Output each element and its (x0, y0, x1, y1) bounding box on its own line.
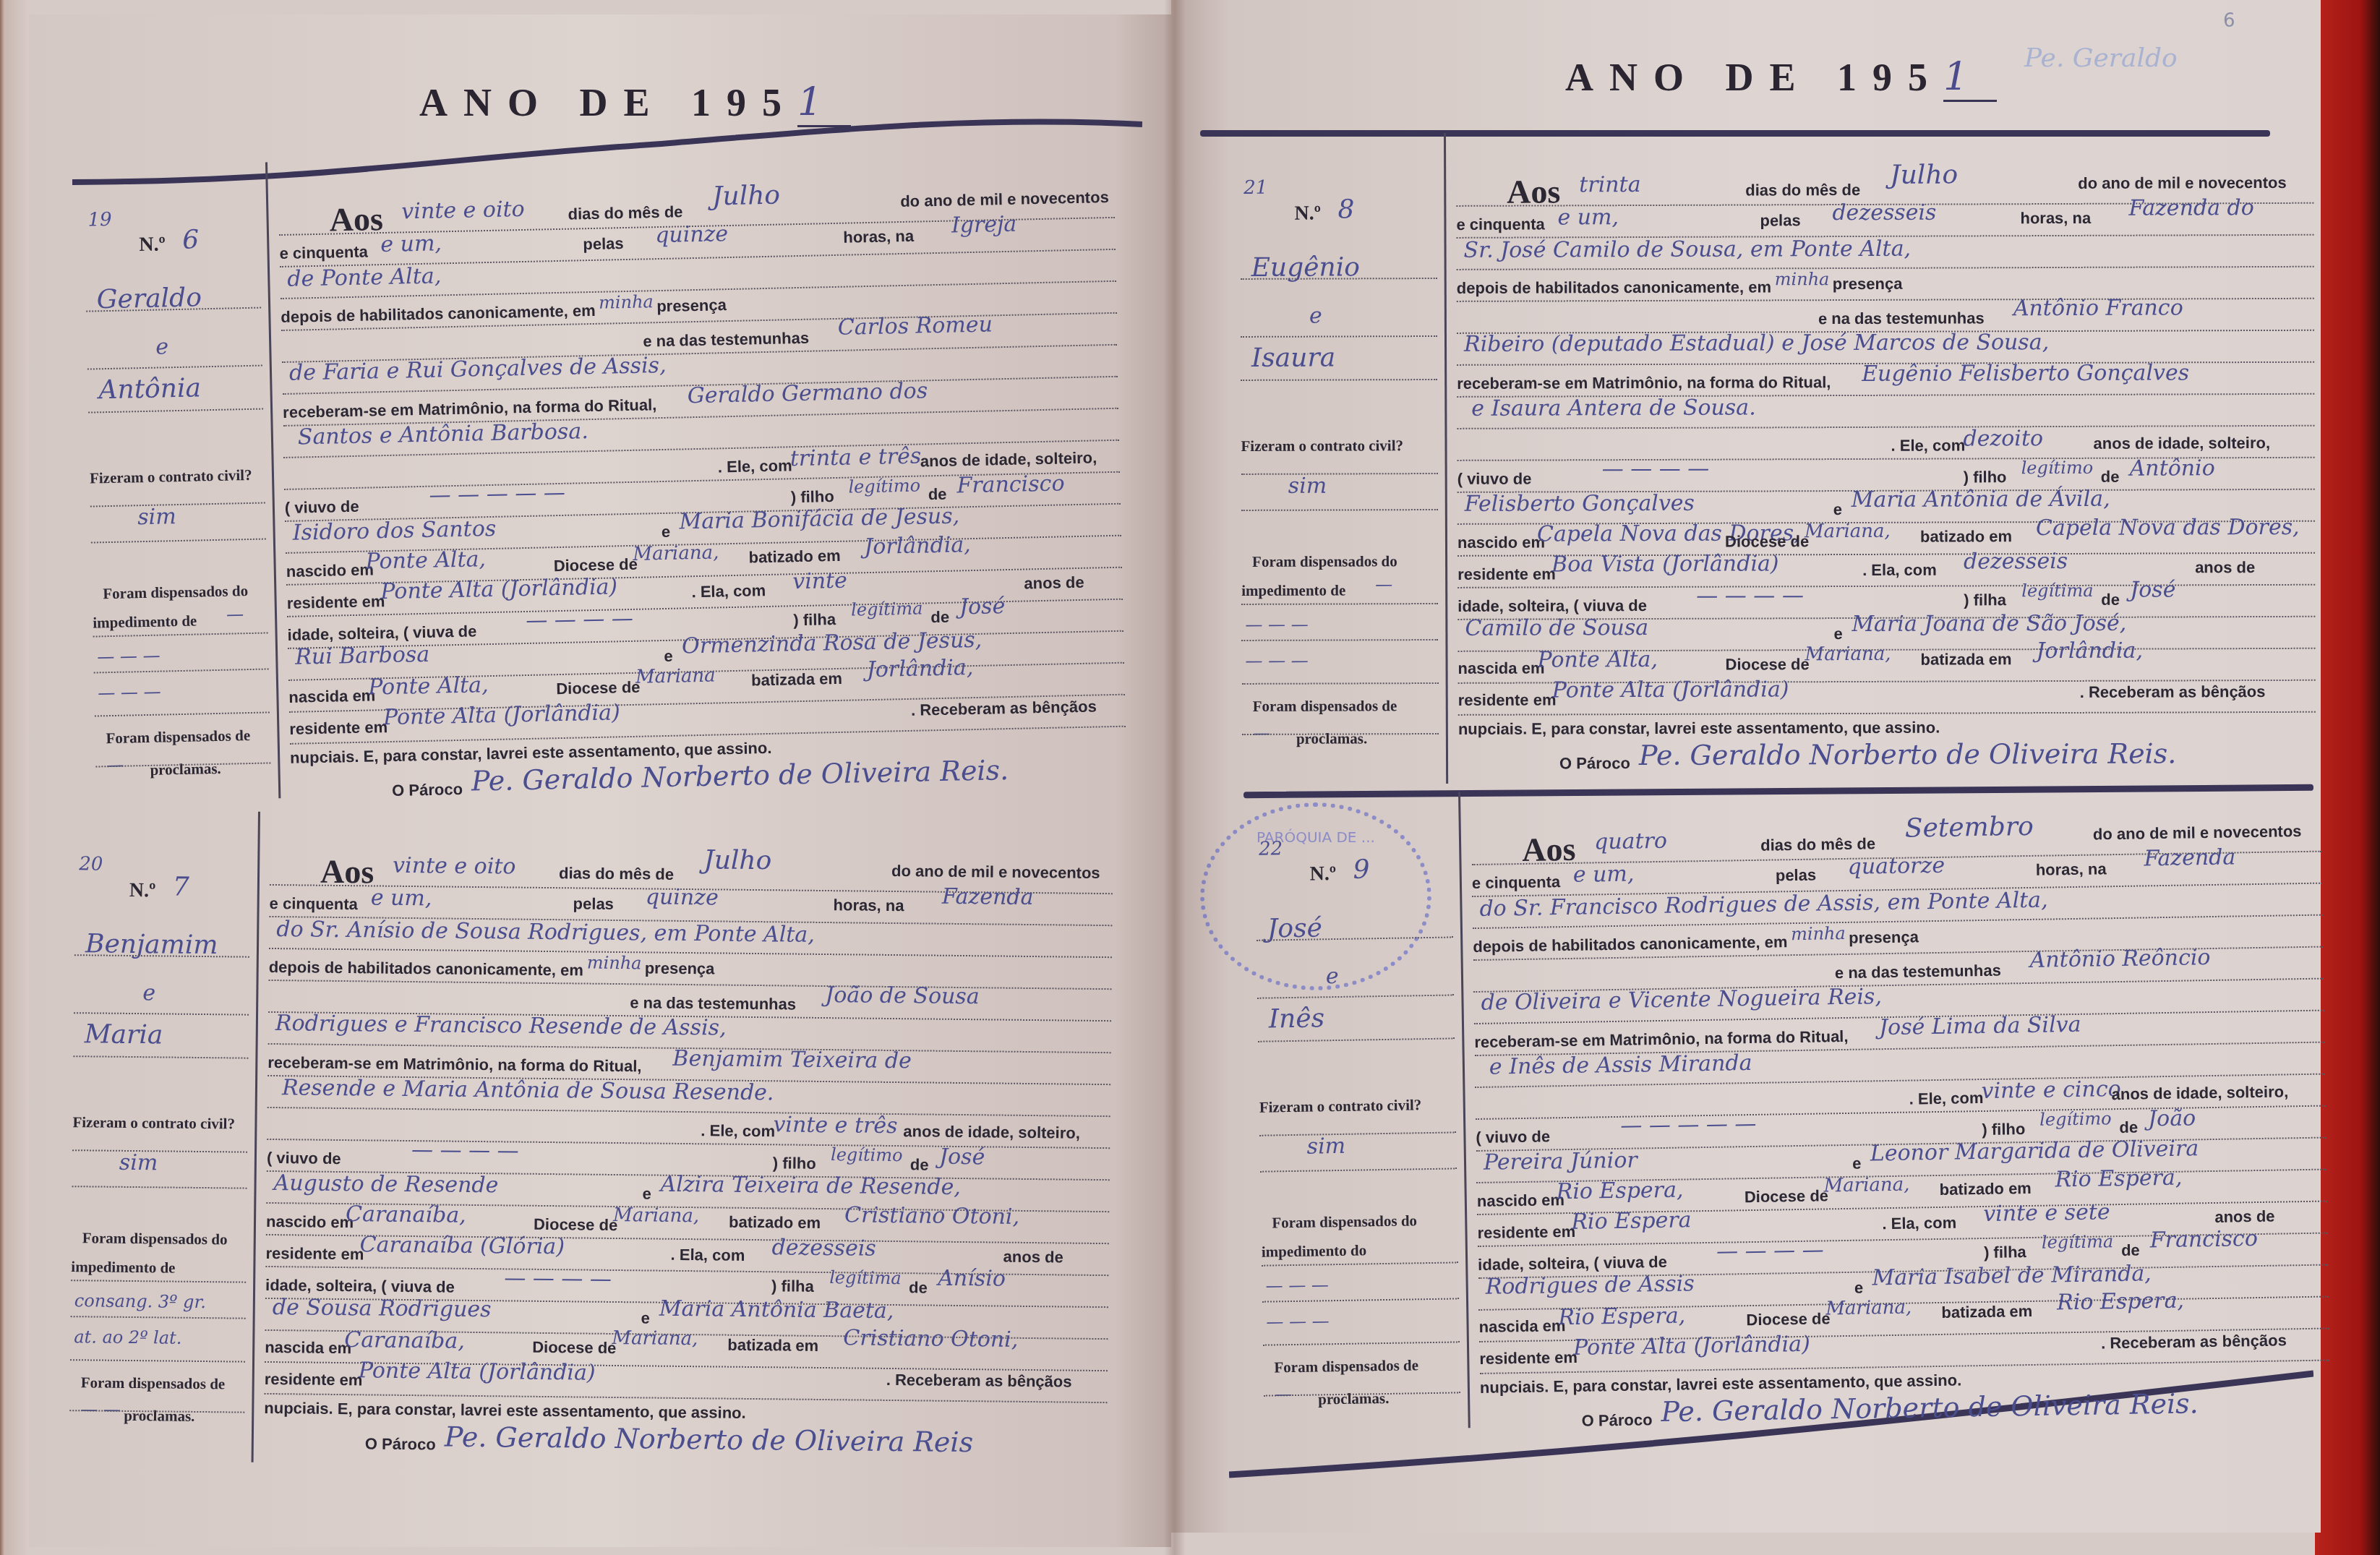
impediment-line-2: — — — (1245, 651, 1308, 671)
presence-value: minha (1791, 923, 1846, 944)
impediment-line-1: — — — (1245, 614, 1308, 635)
label-diocese-groom: Diocese de (534, 1215, 617, 1235)
label-nascido-em: nascido em (1477, 1191, 1564, 1211)
label-batizado-em: batizado em (1920, 527, 2012, 546)
marriage-entry: 19N.º6GeraldoeAntôniaFizeram o contrato … (72, 145, 1126, 802)
impediment-line-2: — — — (1266, 1311, 1330, 1332)
bride-age-value: dezesseis (772, 1235, 876, 1261)
groom-father-line-2: Pereira Júnior (1484, 1148, 1638, 1175)
hour-value: dezesseis (1832, 200, 1936, 226)
year-suffix-value: e um, (380, 231, 442, 257)
bride-father-line-2: Rui Barbosa (295, 642, 430, 670)
label-batizado-em: batizado em (729, 1213, 821, 1233)
day-value: vinte e oito (401, 197, 525, 225)
label-depois: depois de habilitados canonicamente, em (281, 301, 596, 327)
entry-number: 7 (173, 873, 189, 902)
page-number: 6 (2223, 10, 2235, 32)
label-nascida-em: nascida em (288, 686, 375, 707)
groom-birthplace: Caranaíba, (346, 1201, 466, 1228)
presence-value: minha (1775, 269, 1830, 289)
side-rule (1262, 1298, 1459, 1302)
contract-answer: sim (137, 504, 176, 530)
groom-father-line-2: Felisberto Gonçalves (1465, 491, 1695, 517)
groom-legitimacy: legítimo (2021, 458, 2094, 478)
hour-value: quinze (646, 884, 719, 910)
contract-question: Fizeram o contrato civil? (1241, 437, 1403, 455)
contract-answer: sim (119, 1150, 158, 1176)
entry-number-label: N.º (139, 233, 166, 257)
bride-father-line-1: Francisco (2150, 1226, 2259, 1253)
contract-question: Fizeram o contrato civil? (72, 1113, 235, 1133)
entry-side-column: 22N.º9JoséeInêsFizeram o contrato civil?… (1243, 792, 1471, 1431)
drop-cap-aos: Aos (320, 852, 374, 891)
body-rule (1476, 1105, 2326, 1120)
label-idade-solteira: idade, solteira, ( viuva de (1478, 1253, 1667, 1275)
impediment-value: — (226, 604, 244, 624)
side-rule (70, 1359, 245, 1363)
label-receberam-bencaos: . Receberam as bênçãos (2101, 1331, 2287, 1353)
label-idade-solteira: idade, solteira, ( viuva de (1457, 596, 1647, 616)
witnesses-line-2: Ribeiro (deputado Estadual) e José Marco… (1464, 330, 2049, 357)
impediment-label-2: impedimento de (93, 612, 197, 633)
side-rule (91, 539, 266, 544)
groom-residence: Caranaíba (Glória) (360, 1232, 565, 1259)
label-horas-na: horas, na (2020, 209, 2091, 228)
bride-legitimacy: legítima (851, 599, 923, 620)
label-e-bride-mother: e (664, 647, 673, 666)
side-rule (1241, 379, 1437, 381)
bride-birthplace: Caranaíba, (344, 1327, 465, 1354)
label-e-cinquenta: e cinquenta (1472, 873, 1561, 893)
year-header-handwritten-digit: 1 (1943, 54, 1997, 102)
groom-baptism-place: Jorlândia, (864, 532, 971, 560)
entry-number-label: N.º (1309, 862, 1336, 886)
month-value: Julho (1890, 160, 1958, 189)
label-anos-solteiro: anos de idade, solteiro, (2111, 1082, 2288, 1104)
impediment-label-2: impedimento de (71, 1258, 175, 1277)
label-de: de (928, 485, 947, 505)
conjunction: e (1309, 304, 1322, 329)
label-ela-com: . Ela, com (1862, 561, 1937, 580)
label-do-ano: do ano de mil e novecentos (2093, 822, 2302, 844)
bride-widow-value: — — — — (504, 1265, 612, 1292)
side-rule (73, 1055, 248, 1059)
groom-baptism-place: Cristiano Otoni, (844, 1202, 1019, 1230)
label-nascido-em: nascido em (286, 560, 374, 581)
bride-residence: Ponte Alta (Jorlândia) (1573, 1332, 1810, 1361)
presence-value: minha (599, 291, 654, 313)
couple-line-1: José Lima da Silva (1879, 1012, 2081, 1040)
conjunction: e (142, 980, 155, 1006)
label-residente-em-groom: residente em (1477, 1222, 1575, 1243)
groom-age-value: vinte e três (773, 1112, 897, 1139)
bride-diocese: Mariana, (1805, 643, 1891, 665)
label-ele-com: . Ele, com (1909, 1089, 1984, 1109)
label-nascida-em: nascida em (1458, 659, 1545, 677)
groom-baptism-place: Rio Espera, (2055, 1165, 2182, 1193)
place-line-2: Sr. José Camilo de Sousa, em Ponte Alta, (1464, 236, 1912, 263)
label-presenca: presença (656, 296, 727, 316)
witnesses-line-1: Antônio Franco (2013, 295, 2183, 321)
label-receberam: receberam-se em Matrimônio, na forma do … (1457, 373, 1831, 393)
corner-annotation: Pe. Geraldo (2024, 43, 2178, 73)
bride-residence: Ponte Alta (Jorlândia) (1552, 677, 1789, 703)
bride-residence: Ponte Alta (Jorlândia) (359, 1358, 596, 1385)
groom-age-value: trinta e três (789, 443, 921, 471)
impediment-label-1: Foram dispensados do (103, 582, 248, 603)
couple-line-1: Benjamim Teixeira de (672, 1046, 912, 1074)
label-anos-de: anos de (1003, 1248, 1063, 1267)
groom-residence: Boa Vista (Jorlândia) (1551, 551, 1779, 577)
entry-body: Aostrintadias do mês deJulhodo ano de mi… (1456, 130, 2316, 784)
marriage-entry: 20N.º7BenjamimeMariaFizeram o contrato c… (59, 810, 1113, 1471)
label-e-cinquenta: e cinquenta (279, 242, 368, 263)
groom-widow-value: — — — — — (429, 480, 565, 508)
label-e-mother: e (662, 523, 671, 541)
label-dias-do-mes: dias do mês de (1760, 834, 1875, 854)
impediment-line-1: consang. 3º gr. (74, 1290, 206, 1312)
place-line-2: do Sr. Francisco Rodrigues de Assis, em … (1479, 888, 2048, 922)
conjunction: e (155, 334, 168, 359)
groom-mother-value: Maria Bonifácia de Jesus, (679, 503, 959, 534)
day-value: trinta (1579, 172, 1640, 197)
label-residente-em-bride: residente em (1458, 690, 1557, 709)
bride-first-name: Maria (85, 1019, 163, 1050)
label-dias-do-mes: dias do mês de (1745, 181, 1860, 200)
entry-body: Aosquatrodias do mês deSetembrodo ano de… (1471, 779, 2331, 1428)
witnesses-line-2: de Oliveira e Vicente Nogueira Reis, (1481, 984, 1882, 1016)
impediment-label-2: impedimento do (1262, 1241, 1367, 1261)
label-dias-do-mes: dias do mês de (568, 202, 682, 223)
witnesses-line-2: de Faria e Rui Gonçalves de Assis, (289, 353, 667, 386)
marriage-entry: 21N.º8EugênioeIsauraFizeram o contrato c… (1229, 130, 2316, 784)
side-rule (71, 1316, 246, 1319)
side-rule (95, 711, 270, 716)
side-rule (93, 632, 268, 637)
label-idade-solteira: idade, solteira, ( viuva de (265, 1276, 455, 1297)
label-e-mother: e (642, 1184, 651, 1203)
body-rule (269, 948, 1112, 958)
impediment-label-2: impedimento de (1241, 581, 1345, 600)
label-do-ano: do ano de mil e novecentos (900, 188, 1109, 211)
bride-diocese: Mariana, (612, 1327, 698, 1350)
groom-father-line-1: Antônio (2130, 455, 2215, 481)
label-anos-solteiro: anos de idade, solteiro, (903, 1122, 1080, 1143)
label-residente-em-bride: residente em (289, 718, 388, 739)
proclamation-label-2: proclamas. (1318, 1389, 1390, 1409)
entry-number: 9 (1353, 854, 1370, 884)
label-filho: ) filho (773, 1154, 816, 1173)
label-ele-com: . Ele, com (701, 1121, 775, 1141)
bride-father-line-2: de Sousa Rodrigues (273, 1295, 492, 1322)
label-nascida-em: nascida em (1478, 1316, 1565, 1337)
couple-line-1: Eugênio Felisberto Gonçalves (1862, 360, 2189, 387)
bride-birthplace: Ponte Alta, (368, 672, 489, 700)
label-pelas: pelas (1776, 866, 1817, 886)
drop-cap-aos: Aos (329, 200, 383, 239)
entry-number: 6 (182, 225, 200, 254)
bride-residence: Ponte Alta (Jorlândia) (383, 700, 620, 730)
label-filha: ) filha (793, 610, 836, 630)
bride-mother-value: Maria Isabel de Miranda, (1872, 1261, 2152, 1290)
label-ele-com: . Ele, com (718, 456, 792, 476)
place-line-1: Igreja (951, 212, 1017, 239)
label-pelas: pelas (583, 234, 624, 254)
label-diocese-groom: Diocese de (553, 555, 638, 575)
year-suffix-value: e um, (1557, 205, 1619, 230)
place-line-2: do Sr. Anísio de Sousa Rodrigues, em Pon… (276, 917, 815, 948)
side-rule (88, 408, 263, 414)
proclamation-label-2: proclamas. (1296, 729, 1367, 747)
label-viuvo-de: ( viuvo de (267, 1149, 341, 1168)
label-horas-na: horas, na (843, 227, 914, 247)
proclamation-label-2: proclamas. (124, 1407, 194, 1426)
place-line-1: Fazenda (2144, 844, 2235, 871)
side-rule (1241, 639, 1438, 641)
label-residente-em-groom: residente em (286, 592, 385, 613)
couple-line-2: Resende e Maria Antônia de Sousa Resende… (282, 1075, 774, 1105)
conjunction: e (1326, 964, 1339, 989)
label-diocese-bride: Diocese de (1726, 655, 1810, 674)
side-rule (1242, 682, 1439, 685)
bride-mother-value: Maria Joana de São José, (1852, 611, 2126, 637)
groom-legitimacy: legítimo (2039, 1108, 2112, 1130)
label-pelas: pelas (1760, 211, 1800, 230)
witnesses-line-2: Rodrigues e Francisco Resende de Assis, (275, 1011, 727, 1041)
hour-value: quatorze (1847, 853, 1945, 880)
label-nascido-em: nascido em (266, 1212, 354, 1232)
groom-birthplace: Rio Espera, (1556, 1178, 1683, 1205)
label-paroco: O Pároco (365, 1434, 436, 1454)
label-e-bride-mother: e (1854, 1279, 1864, 1298)
impediment-label-1: Foram dispensados do (1272, 1212, 1417, 1232)
bride-diocese: Mariana (635, 665, 716, 688)
label-residente-em-bride: residente em (265, 1370, 363, 1389)
bride-age-value: dezesseis (1964, 549, 2068, 575)
label-paroco: O Pároco (1581, 1410, 1652, 1431)
label-do-ano: do ano de mil e novecentos (2078, 174, 2287, 193)
label-receberam-bencaos: . Receberam as bênçãos (886, 1371, 1072, 1392)
label-testemunhas: e na das testemunhas (1835, 961, 2001, 983)
label-presenca: presença (645, 959, 715, 978)
entry-body: Aosvinte e oitodias do mês deJulhodo ano… (264, 812, 1113, 1471)
contract-question: Fizeram o contrato civil? (90, 466, 252, 488)
label-presenca: presença (1833, 275, 1903, 294)
body-rule (1457, 584, 2315, 588)
contract-answer: sim (1288, 474, 1327, 499)
bride-baptism-place: Jorlândia, (866, 655, 973, 682)
couple-line-2: e Isaura Antera de Sousa. (1471, 395, 1755, 421)
groom-birthplace: Ponte Alta, (365, 547, 486, 574)
label-ela-com: . Ela, com (691, 581, 766, 601)
bride-widow-value: — — — — (1696, 583, 1804, 609)
bride-baptism-place: Rio Espera, (2057, 1288, 2184, 1316)
bride-age-value: vinte e sete (1983, 1199, 2110, 1227)
label-e-mother: e (1833, 500, 1842, 519)
margin-order-number: 19 (87, 209, 112, 231)
side-rule (1241, 335, 1437, 338)
label-diocese-bride: Diocese de (556, 678, 641, 698)
label-batizado-em: batizado em (1939, 1179, 2032, 1199)
body-rule (1457, 425, 2314, 429)
year-header: ANO DE 1951 (1565, 54, 1997, 100)
margin-order-number: 22 (1259, 838, 1283, 860)
impediment-line-1: — — — (1265, 1275, 1329, 1295)
groom-father-line-1: Francisco (956, 471, 1065, 498)
month-value: Julho (703, 845, 771, 875)
witnesses-line-1: João de Sousa (825, 982, 980, 1009)
groom-father-line-2: Isidoro dos Santos (292, 516, 496, 546)
label-diocese-bride: Diocese de (532, 1338, 616, 1358)
year-suffix-value: e um, (1573, 862, 1635, 888)
month-value: Julho (712, 181, 781, 212)
label-viuvo-de: ( viuvo de (1476, 1127, 1550, 1147)
place-line-1: Fazenda (942, 884, 1034, 910)
groom-mother-value: Alzira Teixeira de Resende, (660, 1172, 961, 1200)
groom-diocese: Mariana, (1805, 521, 1891, 542)
label-ela-com: . Ela, com (1882, 1214, 1956, 1234)
label-e-mother: e (1852, 1155, 1862, 1173)
side-rule (90, 502, 265, 507)
presence-value: minha (587, 953, 642, 974)
label-receberam: receberam-se em Matrimônio, na forma do … (1474, 1027, 1848, 1052)
impediment-line-2: at. ao 2º lat. (74, 1327, 181, 1348)
label-batizada-em: batizada em (727, 1336, 818, 1355)
groom-father-line-2: Augusto de Resende (273, 1170, 498, 1198)
label-de-bride: de (930, 608, 949, 627)
couple-line-2: Santos e Antônia Barbosa. (298, 419, 589, 450)
label-depois: depois de habilitados canonicamente, em (269, 958, 583, 980)
groom-age-value: vinte e cinco (1981, 1076, 2121, 1104)
label-depois: depois de habilitados canonicamente, em (1473, 933, 1788, 956)
groom-age-value: dezoito (1963, 426, 2043, 451)
label-filha: ) filha (1984, 1243, 2026, 1262)
groom-mother-value: Maria Antônia de Ávila, (1852, 487, 2110, 513)
bride-baptism-place: Jorlândia, (2036, 638, 2143, 664)
bride-father-line-1: José (2130, 577, 2175, 602)
groom-widow-value: — — — — — (1620, 1111, 1757, 1139)
bride-diocese: Mariana, (1825, 1297, 1912, 1320)
margin-order-number: 20 (79, 853, 103, 875)
month-value: Setembro (1905, 812, 2034, 844)
label-viuvo-de: ( viuvo de (285, 497, 359, 518)
proclamation-label-2: proclamas. (150, 760, 221, 779)
label-horas-na: horas, na (2036, 860, 2107, 880)
bride-father-line-2: Camilo de Sousa (1465, 615, 1648, 641)
contract-answer: sim (1306, 1134, 1345, 1160)
groom-legitimacy: legítimo (848, 476, 920, 497)
proclamation-label-1: Foram dispensados de (81, 1374, 226, 1393)
body-rule (1457, 298, 2314, 302)
label-anos-de: anos de (2195, 558, 2255, 577)
label-de-bride: de (2121, 1241, 2140, 1260)
bride-age-value: vinte (792, 568, 847, 595)
body-rule (267, 1107, 1110, 1117)
place-line-1: Fazenda do (2128, 195, 2254, 221)
label-residente-em-groom: residente em (1457, 565, 1556, 583)
label-e-bride-mother: e (641, 1308, 651, 1327)
side-rule (94, 668, 269, 673)
label-filha: ) filha (771, 1277, 814, 1296)
margin-order-number: 21 (1243, 177, 1267, 199)
impediment-line-1: — — — (97, 646, 160, 667)
side-rule (1262, 1261, 1458, 1266)
side-rule (72, 1149, 247, 1153)
side-rule (1260, 1168, 1457, 1172)
label-filho: ) filho (1982, 1120, 2025, 1139)
label-depois: depois de habilitados canonicamente, em (1457, 278, 1771, 298)
contract-question: Fizeram o contrato civil? (1259, 1096, 1422, 1117)
label-presenca: presença (1849, 928, 1919, 948)
label-anos-de: anos de (1024, 573, 1084, 594)
side-rule (71, 1280, 246, 1283)
book-gutter (1164, 0, 1186, 1555)
bride-birthplace: Rio Espera, (1558, 1303, 1685, 1330)
body-rule (1457, 266, 2314, 270)
witnesses-line-1: Antônio Reôncio (2029, 945, 2210, 973)
label-residente-em-bride: residente em (1479, 1348, 1578, 1368)
label-pelas: pelas (573, 894, 615, 914)
label-viuvo-de: ( viuvo de (1457, 470, 1532, 489)
proclamation-label-1: Foram dispensados de (1274, 1356, 1418, 1376)
drop-cap-aos: Aos (1507, 172, 1560, 210)
entry-number-label: N.º (129, 879, 156, 902)
label-idade-solteira: idade, solteira, ( viuva de (287, 622, 476, 644)
label-nascido-em: nascido em (1457, 533, 1545, 552)
groom-baptism-place: Capela Nova das Dores, (2036, 515, 2300, 541)
bride-father-line-2: Rodrigues de Assis (1485, 1271, 1694, 1300)
label-anos-de: anos de (2214, 1207, 2275, 1227)
bride-widow-value: — — — — (526, 606, 633, 633)
bride-legitimacy: legítima (2042, 1231, 2114, 1253)
place-line-2: de Ponte Alta, (287, 263, 442, 291)
side-rule (1263, 1341, 1460, 1345)
label-diocese-bride: Diocese de (1746, 1309, 1831, 1329)
impediment-line-2: — — — (98, 682, 161, 703)
bride-mother-value: Maria Antônia Baeta, (659, 1296, 894, 1324)
label-de-bride: de (2101, 591, 2120, 609)
proclamation-label-1: Foram dispensados de (106, 727, 250, 747)
day-value: quatro (1594, 828, 1667, 855)
bride-first-name: Inês (1269, 1003, 1325, 1034)
impediment-label-1: Foram dispensados do (1252, 552, 1397, 571)
hour-value: quinze (655, 221, 729, 248)
year-header-printed: ANO DE 195 (1565, 56, 1943, 99)
bride-birthplace: Ponte Alta, (1537, 647, 1658, 673)
entry-side-column: 20N.º7BenjamimeMariaFizeram o contrato c… (59, 810, 260, 1462)
bride-mother-value: Ormenzinda Rosa de Jesus, (682, 627, 983, 659)
parish-priest-signature: Pe. Geraldo Norberto de Oliveira Reis (445, 1421, 974, 1459)
label-testemunhas: e na das testemunhas (1818, 309, 1985, 328)
day-value: vinte e oito (393, 853, 516, 880)
groom-diocese: Mariana, (1823, 1174, 1909, 1197)
label-e-cinquenta: e cinquenta (1456, 215, 1544, 234)
side-rule (74, 1012, 249, 1016)
label-nascida-em: nascida em (265, 1338, 351, 1358)
label-horas-na: horas, na (834, 896, 904, 915)
side-rule (1241, 473, 1438, 475)
label-nupciais: nupciais. E, para constar, lavrei este a… (1458, 719, 1940, 739)
bride-baptism-place: Cristiano Otoni, (843, 1325, 1018, 1353)
body-rule (1458, 711, 2316, 716)
couple-line-1: Geraldo Germano dos (687, 378, 928, 408)
bride-first-name: Antônia (98, 373, 201, 405)
groom-legitimacy: legítimo (831, 1144, 903, 1165)
label-de-bride: de (909, 1278, 928, 1297)
label-de: de (910, 1155, 929, 1174)
label-e-bride-mother: e (1833, 625, 1842, 643)
label-paroco: O Pároco (392, 780, 463, 800)
